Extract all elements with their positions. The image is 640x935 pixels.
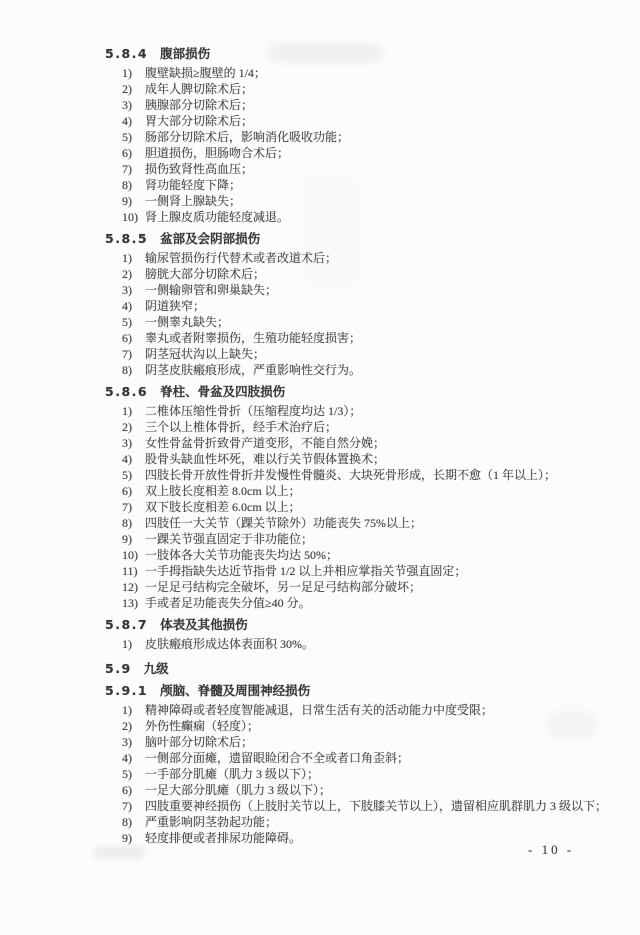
- document-content: 5.8.4腹部损伤 1) 腹壁缺损≥腹壁的 1/4； 2) 成年人脾切除术后； …: [0, 0, 640, 846]
- list-item: 3) 一侧输卵管和卵巢缺失；: [105, 282, 632, 298]
- item-text: 一手部分肌瘫（肌力 3 级以下）；: [145, 766, 632, 782]
- item-text: 股骨头缺血性坏死，难以行关节假体置换术；: [145, 451, 632, 467]
- section-title: 颅脑、脊髓及周围神经损伤: [160, 683, 310, 698]
- section-title: 脊柱、骨盆及四肢损伤: [160, 384, 285, 399]
- item-number: 8): [122, 515, 145, 531]
- item-number: 13): [122, 595, 145, 611]
- item-text: 外伤性癫痫（轻度）；: [145, 718, 632, 734]
- list-item: 8) 肾功能轻度下降；: [105, 177, 632, 193]
- section: 5.9九级: [105, 661, 632, 677]
- item-text: 一踝关节强直固定于非功能位；: [145, 531, 632, 547]
- item-text: 阴茎冠状沟以上缺失；: [145, 346, 632, 362]
- item-number: 11): [122, 563, 145, 579]
- item-text: 腹壁缺损≥腹壁的 1/4；: [145, 65, 632, 81]
- list-item: 2) 外伤性癫痫（轻度）；: [105, 718, 632, 734]
- section-item-list: 1) 精神障碍或者轻度智能减退，日常生活有关的活动能力中度受限； 2) 外伤性癫…: [105, 702, 632, 846]
- item-number: 1): [122, 702, 145, 718]
- item-text: 手或者足功能丧失分值≥40 分。: [145, 595, 632, 611]
- item-number: 3): [122, 734, 145, 750]
- section: 5.8.4腹部损伤 1) 腹壁缺损≥腹壁的 1/4； 2) 成年人脾切除术后； …: [105, 46, 632, 225]
- section: 5.9.1颅脑、脊髓及周围神经损伤 1) 精神障碍或者轻度智能减退，日常生活有关…: [105, 683, 632, 846]
- list-item: 7) 双下肢长度相差 6.0cm 以上；: [105, 499, 632, 515]
- list-item: 7) 阴茎冠状沟以上缺失；: [105, 346, 632, 362]
- item-number: 6): [122, 782, 145, 798]
- list-item: 2) 成年人脾切除术后；: [105, 81, 632, 97]
- list-item: 5) 肠部分切除术后，影响消化吸收功能；: [105, 129, 632, 145]
- list-item: 2) 膀胱大部分切除术后；: [105, 266, 632, 282]
- item-text: 损伤致肾性高血压；: [145, 161, 632, 177]
- item-text: 膀胱大部分切除术后；: [145, 266, 632, 282]
- item-number: 3): [122, 435, 145, 451]
- item-number: 9): [122, 193, 145, 209]
- item-number: 4): [122, 451, 145, 467]
- page-number: - 10 -: [528, 842, 574, 858]
- item-text: 成年人脾切除术后；: [145, 81, 632, 97]
- item-text: 阴道狭窄；: [145, 298, 632, 314]
- section-title: 盆部及会阴部损伤: [160, 231, 260, 246]
- section-heading: 5.8.7体表及其他损伤: [105, 617, 632, 633]
- list-item: 4) 阴道狭窄；: [105, 298, 632, 314]
- item-text: 双上肢长度相差 8.0cm 以上；: [145, 483, 632, 499]
- section-heading: 5.8.4腹部损伤: [105, 46, 632, 62]
- list-item: 12) 一足足弓结构完全破坏，另一足足弓结构部分破坏；: [105, 579, 632, 595]
- item-number: 9): [122, 830, 145, 846]
- item-text: 一足大部分肌瘫（肌力 3 级以下）；: [145, 782, 632, 798]
- list-item: 2) 三个以上椎体骨折，经手术治疗后；: [105, 419, 632, 435]
- list-item: 1) 皮肤瘢痕形成达体表面积 30%。: [105, 636, 632, 652]
- list-item: 8) 四肢任一大关节（踝关节除外）功能丧失 75%以上；: [105, 515, 632, 531]
- item-number: 7): [122, 798, 145, 814]
- list-item: 6) 一足大部分肌瘫（肌力 3 级以下）；: [105, 782, 632, 798]
- section: 5.8.5盆部及会阴部损伤 1) 输尿管损伤行代替术或者改道术后； 2) 膀胱大…: [105, 231, 632, 378]
- item-text: 皮肤瘢痕形成达体表面积 30%。: [145, 636, 632, 652]
- item-text: 二椎体压缩性骨折（压缩程度均达 1/3）；: [145, 403, 632, 419]
- item-text: 一足足弓结构完全破坏，另一足足弓结构部分破坏；: [145, 579, 632, 595]
- list-item: 5) 四肢长骨开放性骨折并发慢性骨髓炎、大块死骨形成，长期不愈（1 年以上）；: [105, 467, 632, 483]
- list-item: 8) 阴茎皮肤瘢痕形成，严重影响性交行为。: [105, 362, 632, 378]
- item-number: 2): [122, 718, 145, 734]
- item-text: 脑叶部分切除术后；: [145, 734, 632, 750]
- section-item-list: 1) 输尿管损伤行代替术或者改道术后； 2) 膀胱大部分切除术后； 3) 一侧输…: [105, 250, 632, 378]
- item-text: 胆道损伤，胆肠吻合术后；: [145, 145, 632, 161]
- item-number: 4): [122, 113, 145, 129]
- section-number: 5.8.6: [105, 384, 148, 399]
- item-number: 5): [122, 467, 145, 483]
- item-number: 5): [122, 766, 145, 782]
- item-text: 一肢体各大关节功能丧失均达 50%；: [145, 547, 632, 563]
- item-text: 睾丸或者附睾损伤，生殖功能轻度损害；: [145, 330, 632, 346]
- section-heading: 5.8.5盆部及会阴部损伤: [105, 231, 632, 247]
- item-text: 四肢任一大关节（踝关节除外）功能丧失 75%以上；: [145, 515, 632, 531]
- item-text: 一侧输卵管和卵巢缺失；: [145, 282, 632, 298]
- item-text: 一侧肾上腺缺失；: [145, 193, 632, 209]
- item-text: 女性骨盆骨折致骨产道变形，不能自然分娩；: [145, 435, 632, 451]
- list-item: 3) 女性骨盆骨折致骨产道变形，不能自然分娩；: [105, 435, 632, 451]
- item-number: 2): [122, 266, 145, 282]
- list-item: 4) 一侧部分面瘫，遗留眼睑闭合不全或者口角歪斜；: [105, 750, 632, 766]
- item-number: 4): [122, 750, 145, 766]
- item-text: 三个以上椎体骨折，经手术治疗后；: [145, 419, 632, 435]
- list-item: 9) 一踝关节强直固定于非功能位；: [105, 531, 632, 547]
- item-number: 5): [122, 129, 145, 145]
- list-item: 10) 一肢体各大关节功能丧失均达 50%；: [105, 547, 632, 563]
- list-item: 5) 一手部分肌瘫（肌力 3 级以下）；: [105, 766, 632, 782]
- item-number: 2): [122, 419, 145, 435]
- list-item: 3) 脑叶部分切除术后；: [105, 734, 632, 750]
- section-heading: 5.8.6脊柱、骨盆及四肢损伤: [105, 384, 632, 400]
- item-number: 8): [122, 177, 145, 193]
- list-item: 6) 睾丸或者附睾损伤，生殖功能轻度损害；: [105, 330, 632, 346]
- item-number: 7): [122, 499, 145, 515]
- list-item: 9) 一侧肾上腺缺失；: [105, 193, 632, 209]
- item-text: 精神障碍或者轻度智能减退，日常生活有关的活动能力中度受限；: [145, 702, 632, 718]
- item-text: 四肢重要神经损伤（上肢肘关节以上，下肢膝关节以上），遗留相应肌群肌力 3 级以下…: [145, 798, 632, 814]
- section-title: 腹部损伤: [160, 46, 210, 61]
- item-text: 肾上腺皮质功能轻度减退。: [145, 209, 632, 225]
- item-number: 8): [122, 362, 145, 378]
- item-text: 严重影响阴茎勃起功能；: [145, 814, 632, 830]
- item-text: 输尿管损伤行代替术或者改道术后；: [145, 250, 632, 266]
- list-item: 7) 损伤致肾性高血压；: [105, 161, 632, 177]
- section-number: 5.9.1: [105, 683, 148, 698]
- list-item: 4) 胃大部分切除术后；: [105, 113, 632, 129]
- list-item: 4) 股骨头缺血性坏死，难以行关节假体置换术；: [105, 451, 632, 467]
- item-number: 2): [122, 81, 145, 97]
- item-number: 4): [122, 298, 145, 314]
- item-number: 9): [122, 531, 145, 547]
- document-page: 5.8.4腹部损伤 1) 腹壁缺损≥腹壁的 1/4； 2) 成年人脾切除术后； …: [0, 0, 640, 935]
- section-item-list: 1) 二椎体压缩性骨折（压缩程度均达 1/3）； 2) 三个以上椎体骨折，经手术…: [105, 403, 632, 611]
- list-item: 1) 输尿管损伤行代替术或者改道术后；: [105, 250, 632, 266]
- item-number: 7): [122, 346, 145, 362]
- list-item: 11) 一手拇指缺失达近节指骨 1/2 以上并相应掌指关节强直固定；: [105, 563, 632, 579]
- item-number: 12): [122, 579, 145, 595]
- list-item: 6) 双上肢长度相差 8.0cm 以上；: [105, 483, 632, 499]
- item-text: 双下肢长度相差 6.0cm 以上；: [145, 499, 632, 515]
- item-text: 肾功能轻度下降；: [145, 177, 632, 193]
- item-number: 1): [122, 250, 145, 266]
- section: 5.8.7体表及其他损伤 1) 皮肤瘢痕形成达体表面积 30%。: [105, 617, 632, 652]
- section-heading: 5.9九级: [105, 661, 632, 677]
- list-item: 1) 腹壁缺损≥腹壁的 1/4；: [105, 65, 632, 81]
- item-text: 胃大部分切除术后；: [145, 113, 632, 129]
- item-text: 阴茎皮肤瘢痕形成，严重影响性交行为。: [145, 362, 632, 378]
- item-number: 1): [122, 403, 145, 419]
- item-number: 6): [122, 145, 145, 161]
- item-text: 一手拇指缺失达近节指骨 1/2 以上并相应掌指关节强直固定；: [145, 563, 632, 579]
- list-item: 10) 肾上腺皮质功能轻度减退。: [105, 209, 632, 225]
- item-number: 6): [122, 483, 145, 499]
- list-item: 8) 严重影响阴茎勃起功能；: [105, 814, 632, 830]
- section-title: 体表及其他损伤: [160, 617, 248, 632]
- list-item: 3) 胰腺部分切除术后；: [105, 97, 632, 113]
- section-number: 5.8.7: [105, 617, 148, 632]
- item-number: 10): [122, 209, 145, 225]
- section-number: 5.9: [105, 661, 132, 676]
- item-text: 一侧部分面瘫，遗留眼睑闭合不全或者口角歪斜；: [145, 750, 632, 766]
- item-text: 胰腺部分切除术后；: [145, 97, 632, 113]
- item-text: 四肢长骨开放性骨折并发慢性骨髓炎、大块死骨形成，长期不愈（1 年以上）；: [145, 467, 632, 483]
- section-title: 九级: [144, 661, 169, 676]
- item-number: 1): [122, 65, 145, 81]
- section-number: 5.8.5: [105, 231, 148, 246]
- item-number: 6): [122, 330, 145, 346]
- item-number: 7): [122, 161, 145, 177]
- item-text: 一侧睾丸缺失；: [145, 314, 632, 330]
- item-number: 8): [122, 814, 145, 830]
- list-item: 5) 一侧睾丸缺失；: [105, 314, 632, 330]
- item-number: 10): [122, 547, 145, 563]
- item-number: 5): [122, 314, 145, 330]
- list-item: 13) 手或者足功能丧失分值≥40 分。: [105, 595, 632, 611]
- item-number: 3): [122, 282, 145, 298]
- list-item: 1) 二椎体压缩性骨折（压缩程度均达 1/3）；: [105, 403, 632, 419]
- section-number: 5.8.4: [105, 46, 148, 61]
- section-heading: 5.9.1颅脑、脊髓及周围神经损伤: [105, 683, 632, 699]
- section-item-list: 1) 腹壁缺损≥腹壁的 1/4； 2) 成年人脾切除术后； 3) 胰腺部分切除术…: [105, 65, 632, 225]
- list-item: 1) 精神障碍或者轻度智能减退，日常生活有关的活动能力中度受限；: [105, 702, 632, 718]
- item-number: 3): [122, 97, 145, 113]
- item-text: 肠部分切除术后，影响消化吸收功能；: [145, 129, 632, 145]
- section: 5.8.6脊柱、骨盆及四肢损伤 1) 二椎体压缩性骨折（压缩程度均达 1/3）；…: [105, 384, 632, 611]
- list-item: 6) 胆道损伤，胆肠吻合术后；: [105, 145, 632, 161]
- item-number: 1): [122, 636, 145, 652]
- list-item: 7) 四肢重要神经损伤（上肢肘关节以上，下肢膝关节以上），遗留相应肌群肌力 3 …: [105, 798, 632, 814]
- section-item-list: 1) 皮肤瘢痕形成达体表面积 30%。: [105, 636, 632, 652]
- scan-artifact: [93, 846, 145, 859]
